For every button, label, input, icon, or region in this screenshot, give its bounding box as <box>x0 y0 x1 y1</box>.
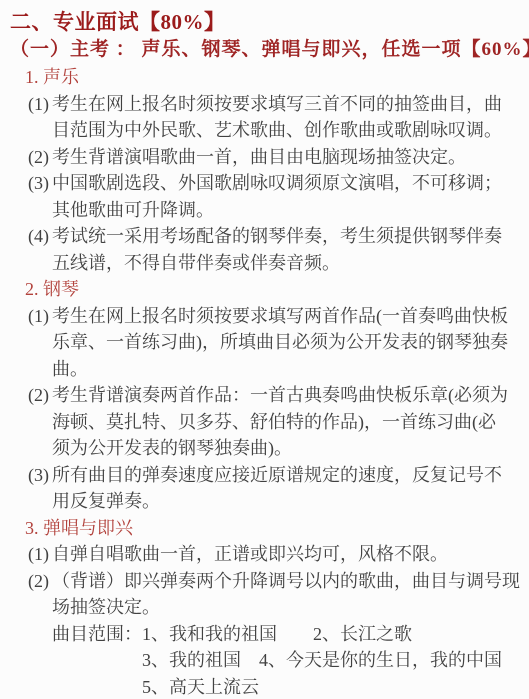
item-marker: (1) <box>28 541 52 568</box>
item-marker: (2) <box>28 144 52 171</box>
item-line: 五线谱，不得自带伴奏或伴奏音频。 <box>52 250 527 277</box>
section-heading: 3. 弹唱与即兴 <box>10 515 527 542</box>
item-line: 场抽签决定。 <box>52 594 527 621</box>
document-subtitle: （一）主考 ： 声乐、钢琴、弹唱与即兴，任选一项【60%】 <box>10 36 527 64</box>
section-heading: 2. 钢琴 <box>10 276 527 303</box>
item-lines: 所有曲目的弹奏速度应接近原谱规定的速度，反复记号不用反复弹奏。 <box>52 462 527 515</box>
item-line: 海顿、莫扎特、贝多芬、舒伯特的作品)，一首练习曲(必 <box>52 409 527 436</box>
item-line: 考生在网上报名时须按要求填写两首作品(一首奏鸣曲快板 <box>52 303 527 330</box>
list-item: (3)所有曲目的弹奏速度应接近原谱规定的速度，反复记号不用反复弹奏。 <box>10 462 527 515</box>
repertoire: 曲目范围：1、我和我的祖国 2、长江之歌3、我的祖国 4、今天是你的生日，我的中… <box>10 621 527 699</box>
item-line: 其他歌曲可升降调。 <box>52 197 527 224</box>
item-line: 曲。 <box>52 356 527 383</box>
item-lines: 自弹自唱歌曲一首，正谱或即兴均可，风格不限。 <box>52 541 527 568</box>
section: 2. 钢琴(1)考生在网上报名时须按要求填写两首作品(一首奏鸣曲快板乐章、一首练… <box>10 276 527 515</box>
item-lines: 考生在网上报名时须按要求填写三首不同的抽签曲目，曲目范围为中外民歌、艺术歌曲、创… <box>52 91 527 144</box>
item-line: 考生在网上报名时须按要求填写三首不同的抽签曲目，曲 <box>52 91 527 118</box>
section: 3. 弹唱与即兴(1)自弹自唱歌曲一首，正谱或即兴均可，风格不限。(2)（背谱）… <box>10 515 527 699</box>
item-marker: (2) <box>28 568 52 595</box>
item-lines: 考试统一采用考场配备的钢琴伴奏，考生须提供钢琴伴奏五线谱，不得自带伴奏或伴奏音频… <box>52 223 527 276</box>
list-item: (1)考生在网上报名时须按要求填写三首不同的抽签曲目，曲目范围为中外民歌、艺术歌… <box>10 91 527 144</box>
repertoire-line: 3、我的祖国 4、今天是你的生日，我的中国 <box>142 647 527 674</box>
list-item: (3)中国歌剧选段、外国歌剧咏叹调须原文演唱，不可移调；其他歌曲可升降调。 <box>10 170 527 223</box>
item-line: 须为公开发表的钢琴独奏曲)。 <box>52 435 527 462</box>
repertoire-line: 5、高天上流云 <box>142 674 527 699</box>
repertoire-lines: 1、我和我的祖国 2、长江之歌3、我的祖国 4、今天是你的生日，我的中国5、高天… <box>142 621 527 699</box>
item-marker: (3) <box>28 462 52 489</box>
list-item: (2)考生背谱演唱歌曲一首，曲目由电脑现场抽签决定。 <box>10 144 527 171</box>
item-line: 中国歌剧选段、外国歌剧咏叹调须原文演唱，不可移调； <box>52 170 527 197</box>
item-marker: (2) <box>28 382 52 409</box>
item-marker: (3) <box>28 170 52 197</box>
item-line: 所有曲目的弹奏速度应接近原谱规定的速度，反复记号不 <box>52 462 527 489</box>
repertoire-line: 1、我和我的祖国 2、长江之歌 <box>142 621 527 648</box>
item-line: 乐章、一首练习曲)，所填曲目必须为公开发表的钢琴独奏 <box>52 329 527 356</box>
item-lines: 中国歌剧选段、外国歌剧咏叹调须原文演唱，不可移调；其他歌曲可升降调。 <box>52 170 527 223</box>
item-line: 目范围为中外民歌、艺术歌曲、创作歌曲或歌剧咏叹调。 <box>52 117 527 144</box>
item-lines: （背谱）即兴弹奏两个升降调号以内的歌曲，曲目与调号现场抽签决定。 <box>52 568 527 621</box>
item-lines: 考生在网上报名时须按要求填写两首作品(一首奏鸣曲快板乐章、一首练习曲)，所填曲目… <box>52 303 527 383</box>
sections: 1. 声乐(1)考生在网上报名时须按要求填写三首不同的抽签曲目，曲目范围为中外民… <box>10 64 527 699</box>
item-line: 考试统一采用考场配备的钢琴伴奏，考生须提供钢琴伴奏 <box>52 223 527 250</box>
list-item: (2)考生背谱演奏两首作品：一首古典奏鸣曲快板乐章(必须为海顿、莫扎特、贝多芬、… <box>10 382 527 462</box>
list-item: (1)考生在网上报名时须按要求填写两首作品(一首奏鸣曲快板乐章、一首练习曲)，所… <box>10 303 527 383</box>
document-title: 二、专业面试【80%】 <box>10 8 527 36</box>
item-marker: (4) <box>28 223 52 250</box>
page: { "theme": { "background": "#fcfcfc", "t… <box>0 0 529 699</box>
item-line: （背谱）即兴弹奏两个升降调号以内的歌曲，曲目与调号现 <box>52 568 527 595</box>
item-line: 用反复弹奏。 <box>52 488 527 515</box>
item-lines: 考生背谱演奏两首作品：一首古典奏鸣曲快板乐章(必须为海顿、莫扎特、贝多芬、舒伯特… <box>52 382 527 462</box>
section-heading: 1. 声乐 <box>10 64 527 91</box>
item-line: 考生背谱演奏两首作品：一首古典奏鸣曲快板乐章(必须为 <box>52 382 527 409</box>
item-line: 自弹自唱歌曲一首，正谱或即兴均可，风格不限。 <box>52 541 527 568</box>
document: 二、专业面试【80%】 （一）主考 ： 声乐、钢琴、弹唱与即兴，任选一项【60%… <box>0 0 529 699</box>
item-line: 考生背谱演唱歌曲一首，曲目由电脑现场抽签决定。 <box>52 144 527 171</box>
list-item: (1)自弹自唱歌曲一首，正谱或即兴均可，风格不限。 <box>10 541 527 568</box>
list-item: (2)（背谱）即兴弹奏两个升降调号以内的歌曲，曲目与调号现场抽签决定。 <box>10 568 527 621</box>
repertoire-label: 曲目范围： <box>52 621 142 648</box>
list-item: (4)考试统一采用考场配备的钢琴伴奏，考生须提供钢琴伴奏五线谱，不得自带伴奏或伴… <box>10 223 527 276</box>
item-marker: (1) <box>28 303 52 330</box>
item-lines: 考生背谱演唱歌曲一首，曲目由电脑现场抽签决定。 <box>52 144 527 171</box>
item-marker: (1) <box>28 91 52 118</box>
section: 1. 声乐(1)考生在网上报名时须按要求填写三首不同的抽签曲目，曲目范围为中外民… <box>10 64 527 276</box>
